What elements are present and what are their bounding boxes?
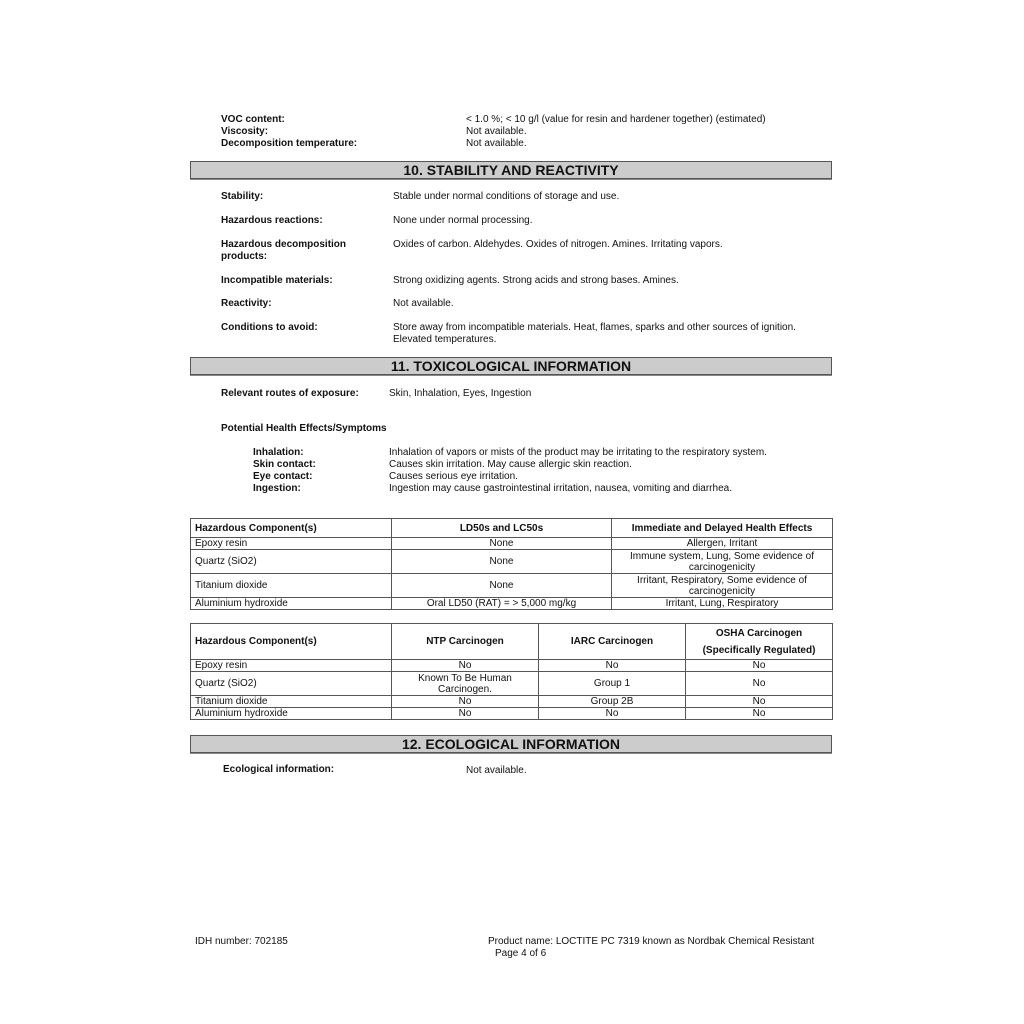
table-header-row: Hazardous Component(s) LD50s and LC50s I…	[191, 519, 833, 538]
health-effects-heading: Potential Health Effects/Symptoms	[221, 423, 387, 435]
iarc-cell: Group 2B	[539, 696, 686, 708]
ld50-cell: None	[392, 550, 612, 574]
component-cell: Epoxy resin	[191, 538, 392, 550]
component-cell: Quartz (SiO2)	[191, 672, 392, 696]
product-name: Product name: LOCTITE PC 7319 known as N…	[488, 936, 814, 948]
decomposition-temp-label: Decomposition temperature:	[221, 138, 357, 150]
table-row: Epoxy resin No No No	[191, 660, 833, 672]
ingestion-value: Ingestion may cause gastrointestinal irr…	[389, 483, 732, 495]
hazardous-decomposition-label: Hazardous decomposition products:	[221, 239, 371, 263]
ntp-cell: No	[392, 660, 539, 672]
inhalation-label: Inhalation:	[253, 447, 304, 459]
table-row: Aluminium hydroxide Oral LD50 (RAT) = > …	[191, 598, 833, 610]
stability-label: Stability:	[221, 191, 263, 203]
ntp-cell: No	[392, 696, 539, 708]
hazardous-decomposition-value: Oxides of carbon. Aldehydes. Oxides of n…	[393, 239, 723, 251]
component-cell: Aluminium hydroxide	[191, 708, 392, 720]
hazardous-reactions-value: None under normal processing.	[393, 215, 533, 227]
page-number: Page 4 of 6	[495, 948, 546, 960]
osha-cell: No	[686, 672, 833, 696]
routes-of-exposure-label: Relevant routes of exposure:	[221, 388, 359, 400]
section-11-header: 11. TOXICOLOGICAL INFORMATION	[190, 357, 832, 375]
table-row: Epoxy resin None Allergen, Irritant	[191, 538, 833, 550]
iarc-cell: Group 1	[539, 672, 686, 696]
viscosity-label: Viscosity:	[221, 126, 268, 138]
eye-contact-label: Eye contact:	[253, 471, 312, 483]
reactivity-value: Not available.	[393, 298, 454, 310]
column-header-osha: OSHA Carcinogen (Specifically Regulated)	[686, 624, 833, 660]
column-header: Hazardous Component(s)	[191, 519, 392, 538]
reactivity-label: Reactivity:	[221, 298, 272, 310]
voc-value: < 1.0 %; < 10 g/l (value for resin and h…	[466, 114, 766, 126]
column-header: IARC Carcinogen	[539, 624, 686, 660]
component-cell: Titanium dioxide	[191, 696, 392, 708]
conditions-to-avoid-value: Store away from incompatible materials. …	[393, 322, 818, 346]
iarc-cell: No	[539, 708, 686, 720]
osha-header-line1: OSHA Carcinogen	[690, 625, 828, 642]
health-effects-cell: Allergen, Irritant	[612, 538, 833, 550]
voc-label: VOC content:	[221, 114, 285, 126]
ecological-info-value: Not available.	[466, 765, 527, 777]
decomposition-temp-value: Not available.	[466, 138, 527, 150]
skin-contact-label: Skin contact:	[253, 459, 316, 471]
skin-contact-value: Causes skin irritation. May cause allerg…	[389, 459, 632, 471]
component-cell: Titanium dioxide	[191, 574, 392, 598]
osha-cell: No	[686, 708, 833, 720]
table-row: Titanium dioxide None Irritant, Respirat…	[191, 574, 833, 598]
toxicity-table: Hazardous Component(s) LD50s and LC50s I…	[190, 518, 833, 610]
stability-value: Stable under normal conditions of storag…	[393, 191, 619, 203]
idh-number: IDH number: 702185	[195, 936, 288, 948]
conditions-to-avoid-label: Conditions to avoid:	[221, 322, 318, 334]
incompatible-materials-label: Incompatible materials:	[221, 275, 333, 287]
inhalation-value: Inhalation of vapors or mists of the pro…	[389, 447, 767, 459]
ld50-cell: None	[392, 538, 612, 550]
osha-cell: No	[686, 696, 833, 708]
column-header: Hazardous Component(s)	[191, 624, 392, 660]
hazardous-reactions-label: Hazardous reactions:	[221, 215, 323, 227]
incompatible-materials-value: Strong oxidizing agents. Strong acids an…	[393, 275, 679, 287]
ld50-cell: Oral LD50 (RAT) = > 5,000 mg/kg	[392, 598, 612, 610]
section-12-header: 12. ECOLOGICAL INFORMATION	[190, 735, 832, 753]
component-cell: Epoxy resin	[191, 660, 392, 672]
table-row: Titanium dioxide No Group 2B No	[191, 696, 833, 708]
table-row: Aluminium hydroxide No No No	[191, 708, 833, 720]
section-10-header: 10. STABILITY AND REACTIVITY	[190, 161, 832, 179]
health-effects-cell: Immune system, Lung, Some evidence of ca…	[612, 550, 833, 574]
table-header-row: Hazardous Component(s) NTP Carcinogen IA…	[191, 624, 833, 660]
table-row: Quartz (SiO2) None Immune system, Lung, …	[191, 550, 833, 574]
ntp-cell: No	[392, 708, 539, 720]
component-cell: Aluminium hydroxide	[191, 598, 392, 610]
osha-header-line2: (Specifically Regulated)	[690, 642, 828, 659]
ntp-cell: Known To Be Human Carcinogen.	[392, 672, 539, 696]
component-cell: Quartz (SiO2)	[191, 550, 392, 574]
iarc-cell: No	[539, 660, 686, 672]
column-header: NTP Carcinogen	[392, 624, 539, 660]
health-effects-cell: Irritant, Lung, Respiratory	[612, 598, 833, 610]
ecological-info-label: Ecological information:	[223, 764, 334, 776]
carcinogen-table: Hazardous Component(s) NTP Carcinogen IA…	[190, 623, 833, 720]
osha-cell: No	[686, 660, 833, 672]
routes-of-exposure-value: Skin, Inhalation, Eyes, Ingestion	[389, 388, 531, 400]
health-effects-cell: Irritant, Respiratory, Some evidence of …	[612, 574, 833, 598]
column-header: LD50s and LC50s	[392, 519, 612, 538]
column-header: Immediate and Delayed Health Effects	[612, 519, 833, 538]
table-row: Quartz (SiO2) Known To Be Human Carcinog…	[191, 672, 833, 696]
ld50-cell: None	[392, 574, 612, 598]
viscosity-value: Not available.	[466, 126, 527, 138]
ingestion-label: Ingestion:	[253, 483, 301, 495]
eye-contact-value: Causes serious eye irritation.	[389, 471, 518, 483]
